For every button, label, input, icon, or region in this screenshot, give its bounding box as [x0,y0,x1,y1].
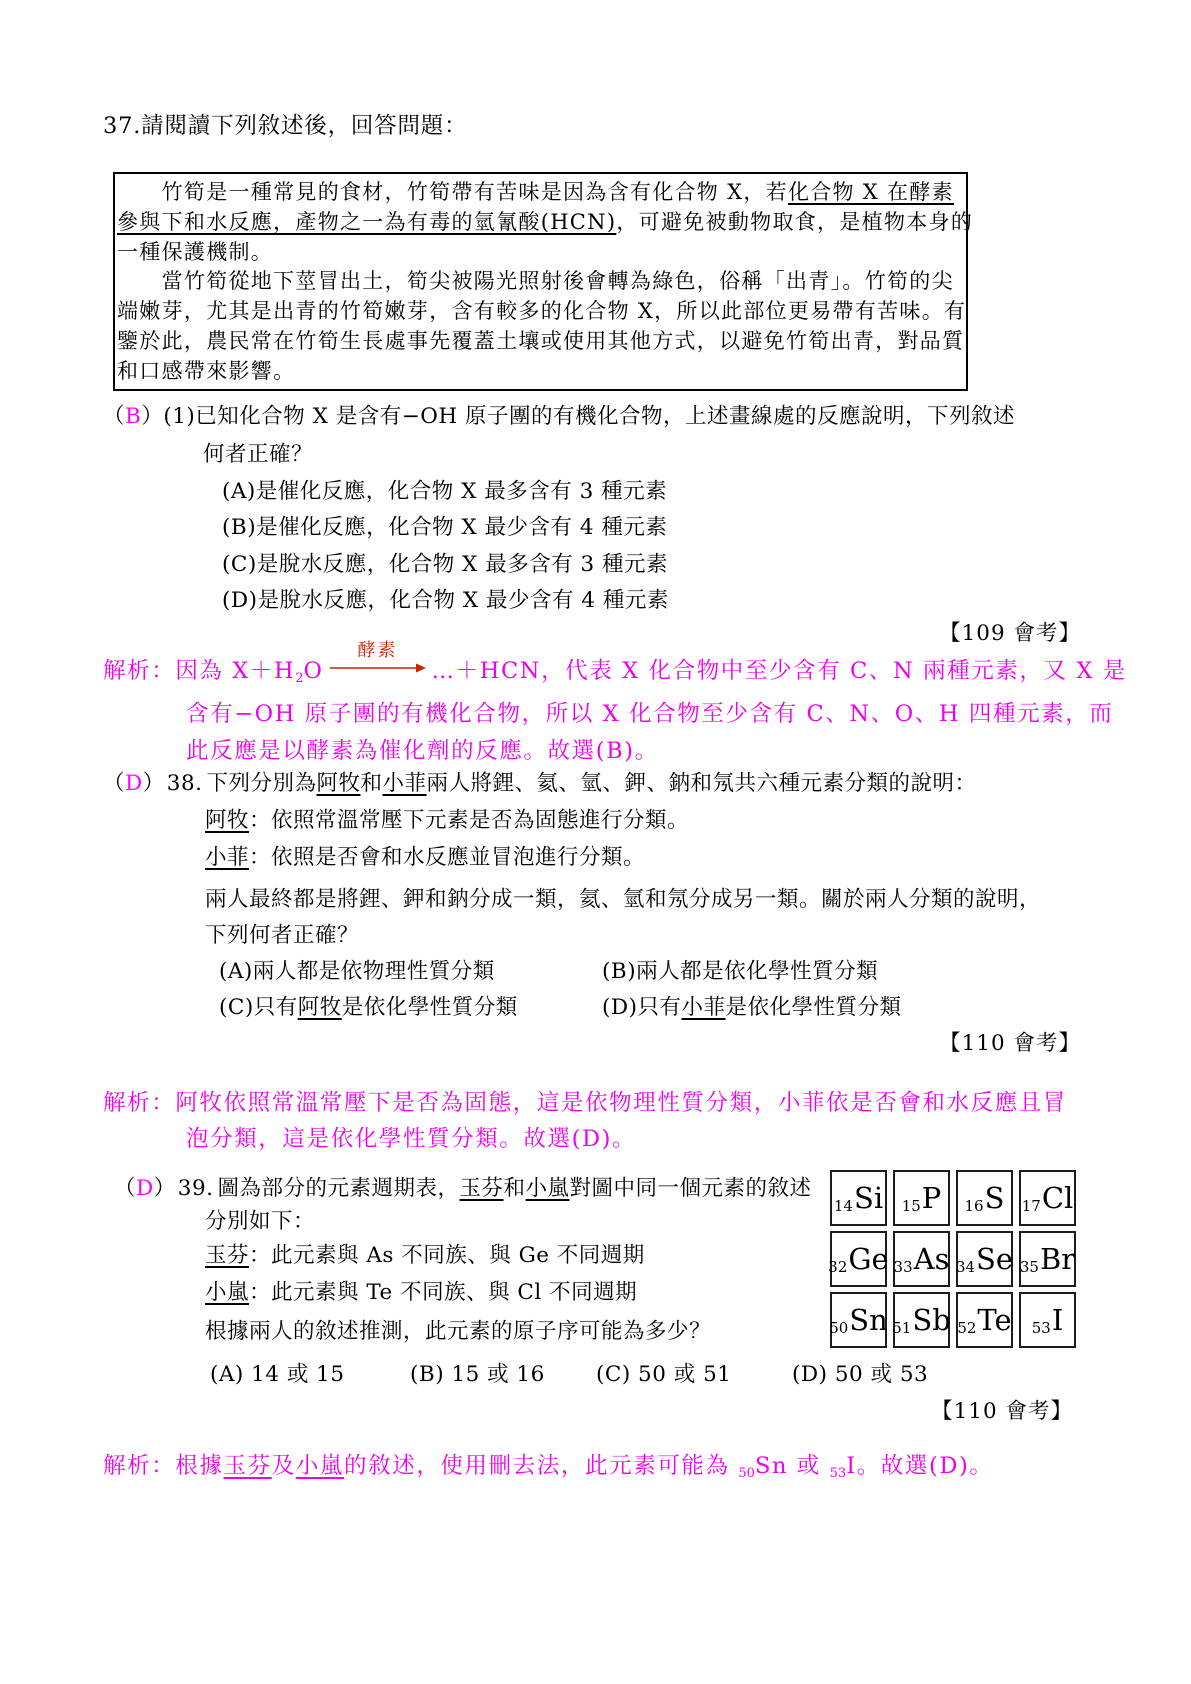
passage-line: 竹筍是一種常見的食材，竹筍帶有苦味是因為含有化合物 X，若化合物 X 在酵素 [117,178,966,208]
q39-stem-line-3: 根據兩人的敘述推測，此元素的原子序可能為多少？ [205,1314,711,1345]
reaction-arrow: 酵素 [330,658,426,684]
q37-option-c: (C)是脫水反應，化合物 X 最多含有 3 種元素 [222,547,668,578]
answer-letter: D [136,1176,154,1201]
answer-letter: B [125,404,141,429]
atomic-number: 34 [956,1258,975,1276]
q39-option-c: (C) 50 或 51 [596,1357,731,1388]
q37-analysis-line-3: 此反應是以酵素為催化劑的反應。故選(B)。 [186,733,659,765]
q38-analysis-line-1: 解析：阿牧依照常溫常壓下是否為固態，這是依物理性質分類，小菲依是否會和水反應且冒 [103,1085,1067,1117]
q38-desc-amu: 阿牧：依照常溫常壓下元素是否為固態進行分類。 [205,803,689,834]
element-cell: 33As [893,1231,950,1287]
answer-paren-close: ） [154,1176,176,1201]
element-symbol: As [914,1242,950,1276]
q39-desc-xiaolan: 小嵐：此元素與 Te 不同族、與 Cl 不同週期 [205,1275,637,1306]
element-symbol: I [1052,1303,1063,1337]
q39-option-b: (B) 15 或 16 [410,1357,545,1388]
atomic-number: 35 [1020,1258,1039,1276]
element-cell: 52Te [956,1292,1013,1348]
atomic-number: 50 [829,1319,848,1337]
element-cell: 15P [893,1170,950,1226]
passage-line: 鑒於此，農民常在竹筍生長處事先覆蓋土壤或使用其他方式，以避免竹筍出青，對品質 [117,327,966,357]
element-symbol: Sn [849,1303,888,1337]
question-number: 39. [178,1176,214,1201]
atomic-number: 14 [834,1197,853,1215]
answer-paren-open: （ [103,404,125,429]
analysis-label: 解析： [103,1090,175,1116]
atomic-number: 15 [902,1197,921,1215]
element-symbol: Se [976,1242,1013,1276]
stem-text: (1)已知化合物 X 是含有−OH 原子團的有機化合物，上述畫線處的反應說明，下… [163,404,1015,429]
element-symbol: Cl [1042,1181,1073,1215]
element-cell: 51Sb [893,1292,950,1348]
q37-sub1-stem-line-1: （B）(1)已知化合物 X 是含有−OH 原子團的有機化合物，上述畫線處的反應說… [103,399,1015,430]
atomic-number: 32 [828,1258,847,1276]
q38-stem-line-1: （D）38.下列分別為阿牧和小菲兩人將鋰、氦、氫、鉀、鈉和氖共六種元素分類的說明… [103,766,977,797]
q37-header: 37.請閱讀下列敘述後，回答問題： [103,108,467,140]
q37-option-d: (D)是脫水反應，化合物 X 最少含有 4 種元素 [222,583,669,614]
q38-option-a: (A)兩人都是依物理性質分類 [219,954,495,985]
element-cell: 17Cl [1019,1170,1076,1226]
stem-text: 圖為部分的元素週期表，玉芬和小嵐對圖中同一個元素的敘述 [217,1176,811,1201]
answer-letter: D [125,771,143,796]
atomic-number: 33 [894,1258,913,1276]
q39-stem-line-1: （D）39.圖為部分的元素週期表，玉芬和小嵐對圖中同一個元素的敘述 [114,1171,812,1202]
q38-stem-line-3: 下列何者正確？ [205,918,359,949]
element-symbol: Br [1040,1242,1075,1276]
q38-desc-xiaofei: 小菲：依照是否會和水反應並冒泡進行分類。 [205,840,645,871]
element-symbol: S [985,1181,1005,1215]
element-symbol: Ge [848,1242,888,1276]
passage-line: 端嫩芽，尤其是出青的竹筍嫩芽，含有較多的化合物 X，所以此部位更易帶有苦味。有 [117,297,966,327]
q37-analysis-formula-left: 因為 X＋H2O [175,658,323,684]
question-number: 38. [167,771,203,796]
q37-sub1-stem-line-2: 何者正確？ [203,437,313,468]
q38-option-d: (D)只有小菲是依化學性質分類 [602,990,902,1021]
element-cell: 14Si [830,1170,887,1226]
q39-desc-yufen: 玉芬：此元素與 As 不同族、與 Ge 不同週期 [205,1238,645,1269]
q38-option-c: (C)只有阿牧是依化學性質分類 [219,990,518,1021]
answer-paren-close: ） [143,771,165,796]
passage-box: 竹筍是一種常見的食材，竹筍帶有苦味是因為含有化合物 X，若化合物 X 在酵素 參… [113,172,968,391]
exam-page: 37.請閱讀下列敘述後，回答問題： 竹筍是一種常見的食材，竹筍帶有苦味是因為含有… [0,0,1191,1684]
element-symbol: Si [854,1181,883,1215]
element-cell: 16S [956,1170,1013,1226]
q39-stem-line-2: 分別如下： [205,1204,315,1235]
answer-paren-close: ） [141,404,163,429]
answer-paren-open: （ [114,1176,136,1201]
element-symbol: Sb [912,1303,950,1337]
q37-option-b: (B)是催化反應，化合物 X 最少含有 4 種元素 [222,510,667,541]
element-symbol: P [922,1181,942,1215]
q37-analysis-line-1: 解析：因為 X＋H2O酵素…＋HCN，代表 X 化合物中至少含有 C、N 兩種元… [103,653,1127,686]
q39-source-tag: 【110 會考】 [931,1394,1073,1425]
catalyst-label: 酵素 [358,636,398,662]
stem-text: 下列分別為阿牧和小菲兩人將鋰、氦、氫、鉀、鈉和氖共六種元素分類的說明： [206,771,976,796]
q37-analysis-formula-right: …＋HCN，代表 X 化合物中至少含有 C、N 兩種元素，又 X 是 [432,658,1127,684]
passage-line: 參與下和水反應，產物之一為有毒的氫氰酸(HCN)，可避免被動物取食，是植物本身的 [117,208,966,238]
q38-analysis-line-2: 泡分類，這是依化學性質分類。故選(D)。 [186,1121,636,1153]
atomic-number: 51 [892,1319,911,1337]
q39-option-d: (D) 50 或 53 [792,1357,928,1388]
periodic-table: 14Si 15P 16S 17Cl 32Ge 33As 34Se 35Br 50… [830,1170,1076,1348]
q37-option-a: (A)是催化反應，化合物 X 最多含有 3 種元素 [222,474,667,505]
element-cell: 53I [1019,1292,1076,1348]
element-cell: 32Ge [830,1231,887,1287]
atomic-number: 53 [1032,1319,1051,1337]
q39-option-a: (A) 14 或 15 [210,1357,345,1388]
q38-source-tag: 【110 會考】 [939,1026,1081,1057]
q38-stem-line-2: 兩人最終都是將鋰、鉀和鈉分成一類，氦、氫和氖分成另一類。關於兩人分類的說明， [205,882,1041,913]
element-cell: 35Br [1019,1231,1076,1287]
passage-line: 當竹筍從地下莖冒出土，筍尖被陽光照射後會轉為綠色，俗稱「出青」。竹筍的尖 [117,267,966,297]
element-cell: 50Sn [830,1292,887,1348]
analysis-label: 解析： [103,658,175,684]
answer-paren-open: （ [103,771,125,796]
analysis-text: 阿牧依照常溫常壓下是否為固態，這是依物理性質分類，小菲依是否會和水反應且冒 [175,1090,1067,1116]
q38-option-b: (B)兩人都是依化學性質分類 [602,954,878,985]
q39-analysis-line-1: 解析：根據玉芬及小嵐的敘述，使用刪去法，此元素可能為 50Sn 或 53I。故選… [103,1448,994,1481]
element-cell: 34Se [956,1231,1013,1287]
element-symbol: Te [977,1303,1011,1337]
reaction-arrow-icon [330,662,426,674]
passage-line: 一種保護機制。 [117,238,966,268]
passage-line: 和口感帶來影響。 [117,357,966,387]
atomic-number: 17 [1022,1197,1041,1215]
atomic-number: 16 [965,1197,984,1215]
q37-analysis-line-2: 含有−OH 原子團的有機化合物，所以 X 化合物至少含有 C、N、O、H 四種元… [186,696,1113,728]
q37-source-tag: 【109 會考】 [939,616,1081,647]
atomic-number: 52 [957,1319,976,1337]
